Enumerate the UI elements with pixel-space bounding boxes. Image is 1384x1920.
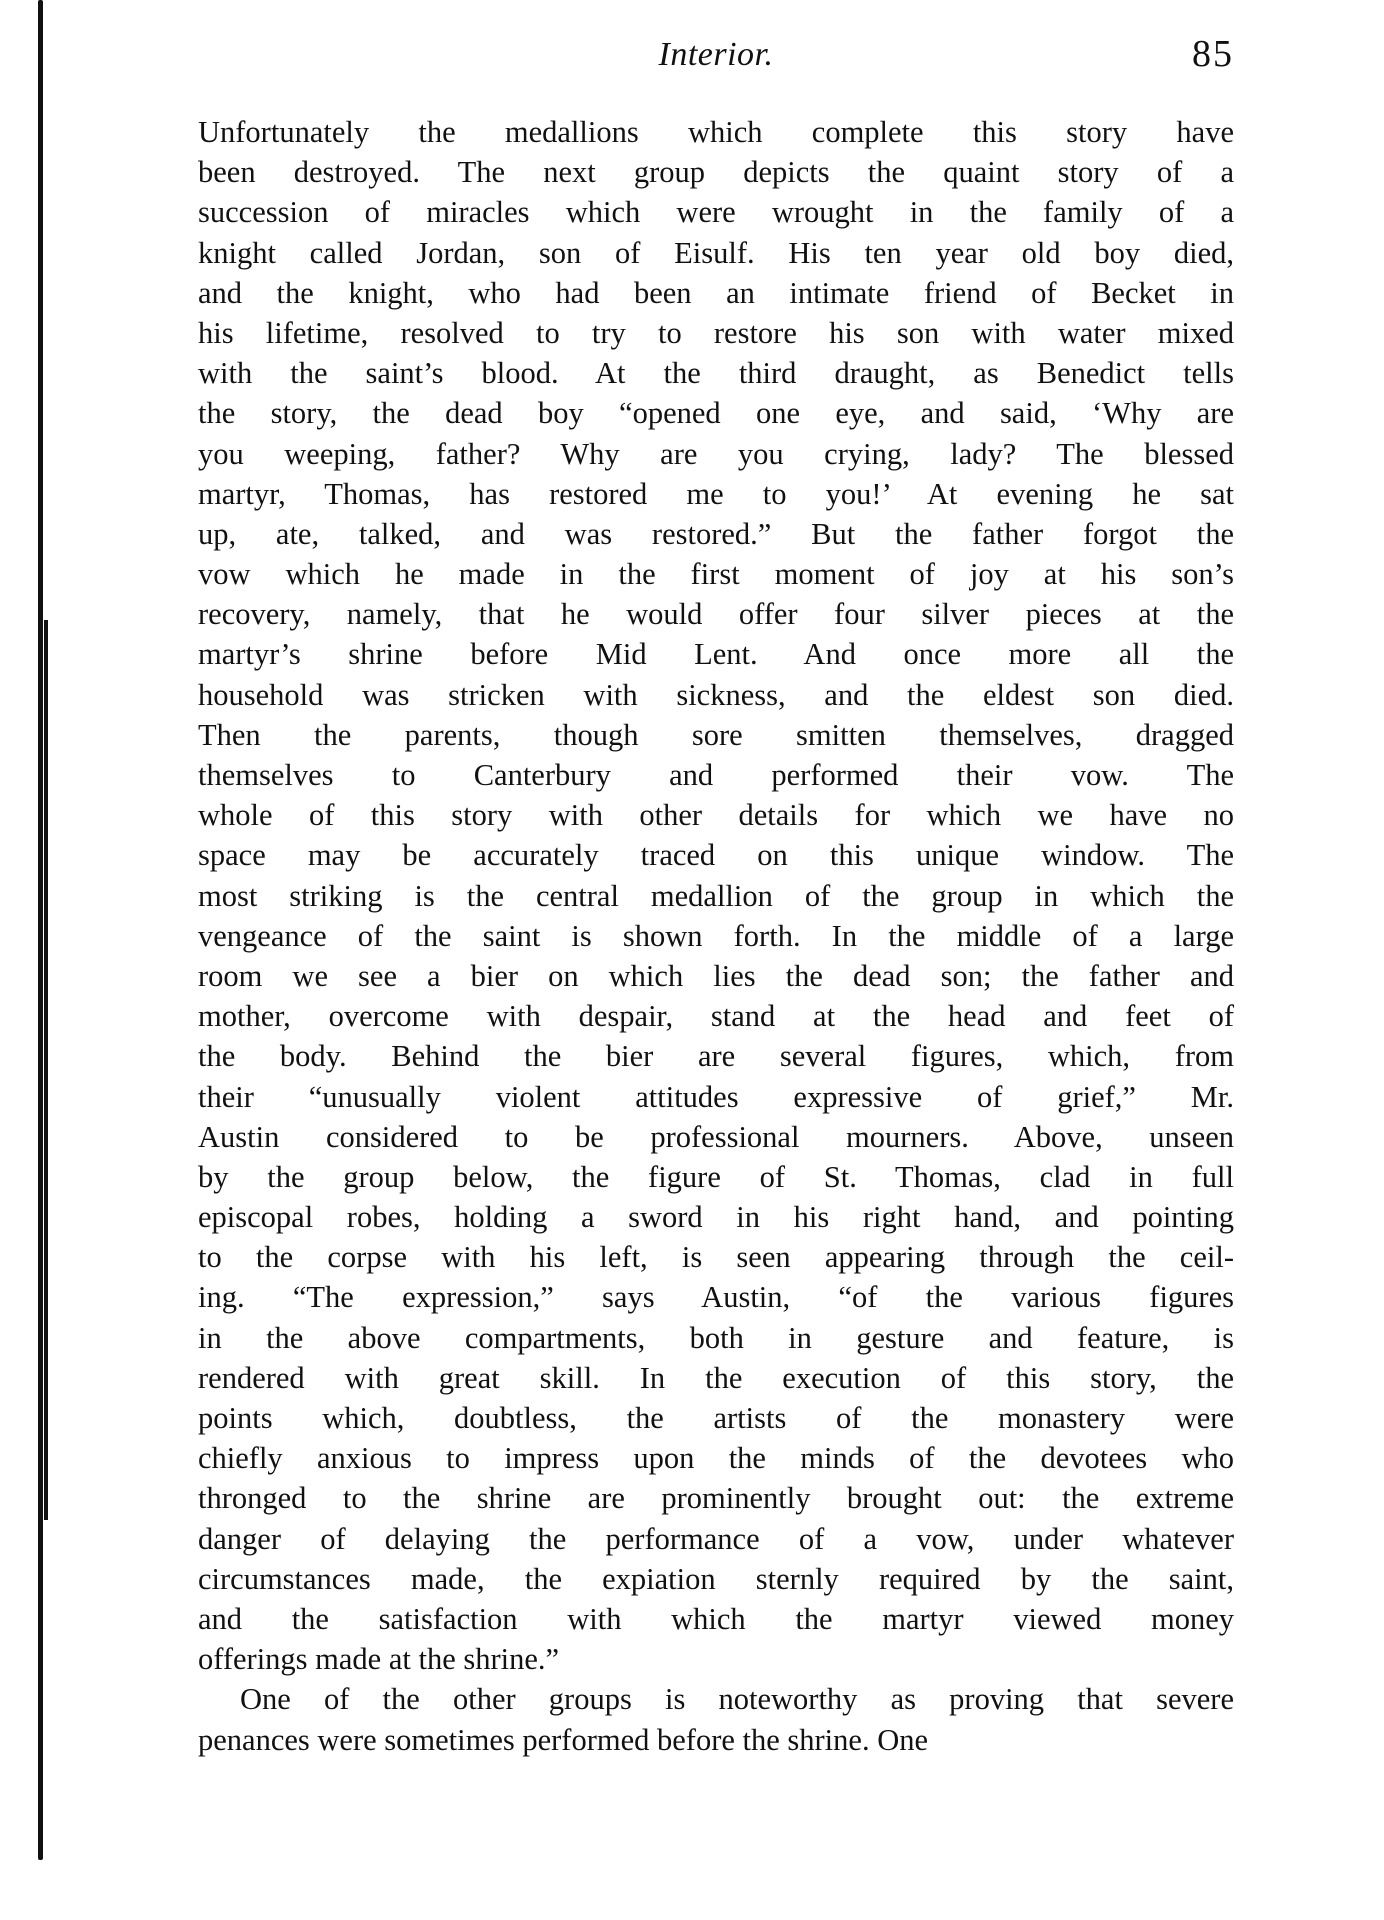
text-line: circumstances made, the expiation sternl… xyxy=(198,1559,1234,1599)
text-line: space may be accurately traced on this u… xyxy=(198,835,1234,875)
text-line: up, ate, talked, and was restored.” But … xyxy=(198,514,1234,554)
running-title: Interior. xyxy=(198,36,1234,74)
text-line: ing. “The expression,” says Austin, “of … xyxy=(198,1277,1234,1317)
text-line: martyr, Thomas, has restored me to you!’… xyxy=(198,474,1234,514)
text-line: Then the parents, though sore smitten th… xyxy=(198,715,1234,755)
scanned-page-edge xyxy=(38,0,43,1860)
text-line: vow which he made in the first moment of… xyxy=(198,554,1234,594)
text-line: danger of delaying the performance of a … xyxy=(198,1519,1234,1559)
text-line: One of the other groups is noteworthy as… xyxy=(198,1679,1234,1719)
text-line: rendered with great skill. In the execut… xyxy=(198,1358,1234,1398)
text-line: knight called Jordan, son of Eisulf. His… xyxy=(198,233,1234,273)
text-line: episcopal robes, holding a sword in his … xyxy=(198,1197,1234,1237)
text-line: to the corpse with his left, is seen app… xyxy=(198,1237,1234,1277)
text-line: the story, the dead boy “opened one eye,… xyxy=(198,393,1234,433)
text-line: martyr’s shrine before Mid Lent. And onc… xyxy=(198,634,1234,674)
text-line: in the above compartments, both in gestu… xyxy=(198,1318,1234,1358)
text-line: his lifetime, resolved to try to restore… xyxy=(198,313,1234,353)
text-line: with the saint’s blood. At the third dra… xyxy=(198,353,1234,393)
text-line: been destroyed. The next group depicts t… xyxy=(198,152,1234,192)
text-line: household was stricken with sickness, an… xyxy=(198,675,1234,715)
text-line: by the group below, the figure of St. Th… xyxy=(198,1157,1234,1197)
text-line: thronged to the shrine are prominently b… xyxy=(198,1478,1234,1518)
text-line: succession of miracles which were wrough… xyxy=(198,192,1234,232)
text-line: whole of this story with other details f… xyxy=(198,795,1234,835)
text-line: penances were sometimes performed before… xyxy=(198,1720,1234,1760)
text-line: the body. Behind the bier are several fi… xyxy=(198,1036,1234,1076)
paragraph: Unfortunately the medallions which compl… xyxy=(198,112,1234,1679)
text-line: offerings made at the shrine.” xyxy=(198,1639,1234,1679)
text-line: and the knight, who had been an intimate… xyxy=(198,273,1234,313)
text-line: recovery, namely, that he would offer fo… xyxy=(198,594,1234,634)
text-line: room we see a bier on which lies the dea… xyxy=(198,956,1234,996)
text-line: vengeance of the saint is shown forth. I… xyxy=(198,916,1234,956)
text-line: Austin considered to be professional mou… xyxy=(198,1117,1234,1157)
text-line: most striking is the central medallion o… xyxy=(198,876,1234,916)
text-line: chiefly anxious to impress upon the mind… xyxy=(198,1438,1234,1478)
text-line: themselves to Canterbury and performed t… xyxy=(198,755,1234,795)
text-line: you weeping, father? Why are you crying,… xyxy=(198,434,1234,474)
page-number: 85 xyxy=(1192,32,1234,76)
text-line: mother, overcome with despair, stand at … xyxy=(198,996,1234,1036)
scanned-page-edge-shadow xyxy=(44,620,48,1520)
paragraph: One of the other groups is noteworthy as… xyxy=(198,1679,1234,1759)
text-line: and the satisfaction with which the mart… xyxy=(198,1599,1234,1639)
running-head: Interior. 85 xyxy=(198,32,1234,82)
text-line: their “unusually violent attitudes expre… xyxy=(198,1077,1234,1117)
text-line: points which, doubtless, the artists of … xyxy=(198,1398,1234,1438)
text-line: Unfortunately the medallions which compl… xyxy=(198,112,1234,152)
body-text: Unfortunately the medallions which compl… xyxy=(198,112,1234,1760)
